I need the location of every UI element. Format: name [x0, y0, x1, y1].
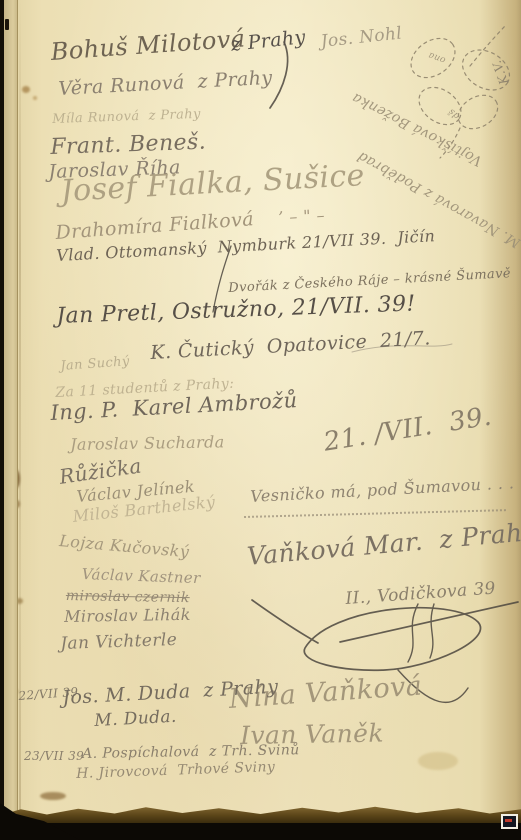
- signature: Jan Suchý: [60, 355, 130, 373]
- book-edge-bottom: [0, 823, 521, 840]
- clover-letters: dš: [447, 106, 461, 120]
- signature: Vaňková Mar. z Prahy: [246, 519, 521, 569]
- page-crease: [19, 0, 21, 840]
- signature: Dvořák z Českého Ráje – krásné Šumavě: [228, 267, 511, 295]
- signature: M. Duda.: [94, 709, 177, 730]
- scan-marker-bar: [505, 819, 512, 822]
- clover-letters: ona: [427, 49, 447, 64]
- paper-stain: [40, 792, 66, 800]
- guestbook-scan-page: Bohuš Milotováz PrahyJos. NohlVěra Runov…: [0, 0, 521, 840]
- signature: z Prahy: [230, 28, 307, 55]
- signature: Vesničko má, pod Šumavou . . .: [250, 475, 515, 505]
- clover-letters: K.V.: [491, 59, 511, 86]
- signature: Václav Kastner: [81, 567, 200, 586]
- signature: II., Vodičkova 39: [345, 580, 496, 607]
- signature: Frant. Beneš.: [50, 132, 206, 159]
- paper-stain: [33, 96, 37, 100]
- signature: Věra Runová z Prahy: [58, 69, 273, 99]
- signature: Jos. Nohl: [320, 25, 403, 50]
- paper-stain: [22, 86, 30, 93]
- signature: Miroslav Lihák: [64, 607, 191, 625]
- page-gutter: [4, 0, 18, 840]
- signature: H. Jirovcová Trhové Sviny: [76, 760, 275, 781]
- signature: miroslav czernik: [66, 589, 190, 605]
- signature: ’ – " –: [278, 208, 325, 226]
- signature: Jaroslav Sucharda: [70, 434, 225, 453]
- signature: Jan Pretl, Ostružno, 21/VII. 39!: [56, 293, 416, 328]
- signature: 23/VII 39: [24, 750, 84, 762]
- signature: Bohuš Milotová: [50, 26, 246, 64]
- signature: Lojza Kučovský: [59, 533, 190, 560]
- signature: 21. /VII. 39.: [322, 403, 493, 455]
- signature: Míla Runová z Prahy: [52, 108, 201, 126]
- binding-mark: [5, 19, 9, 30]
- scan-marker-icon: [501, 814, 518, 829]
- signature: Jan Vichterle: [60, 632, 177, 653]
- paper-stain: [418, 752, 458, 770]
- signature: K. Čutický Opatovice 21/7.: [150, 329, 431, 363]
- signatures-layer: Bohuš Milotováz PrahyJos. NohlVěra Runov…: [0, 0, 521, 840]
